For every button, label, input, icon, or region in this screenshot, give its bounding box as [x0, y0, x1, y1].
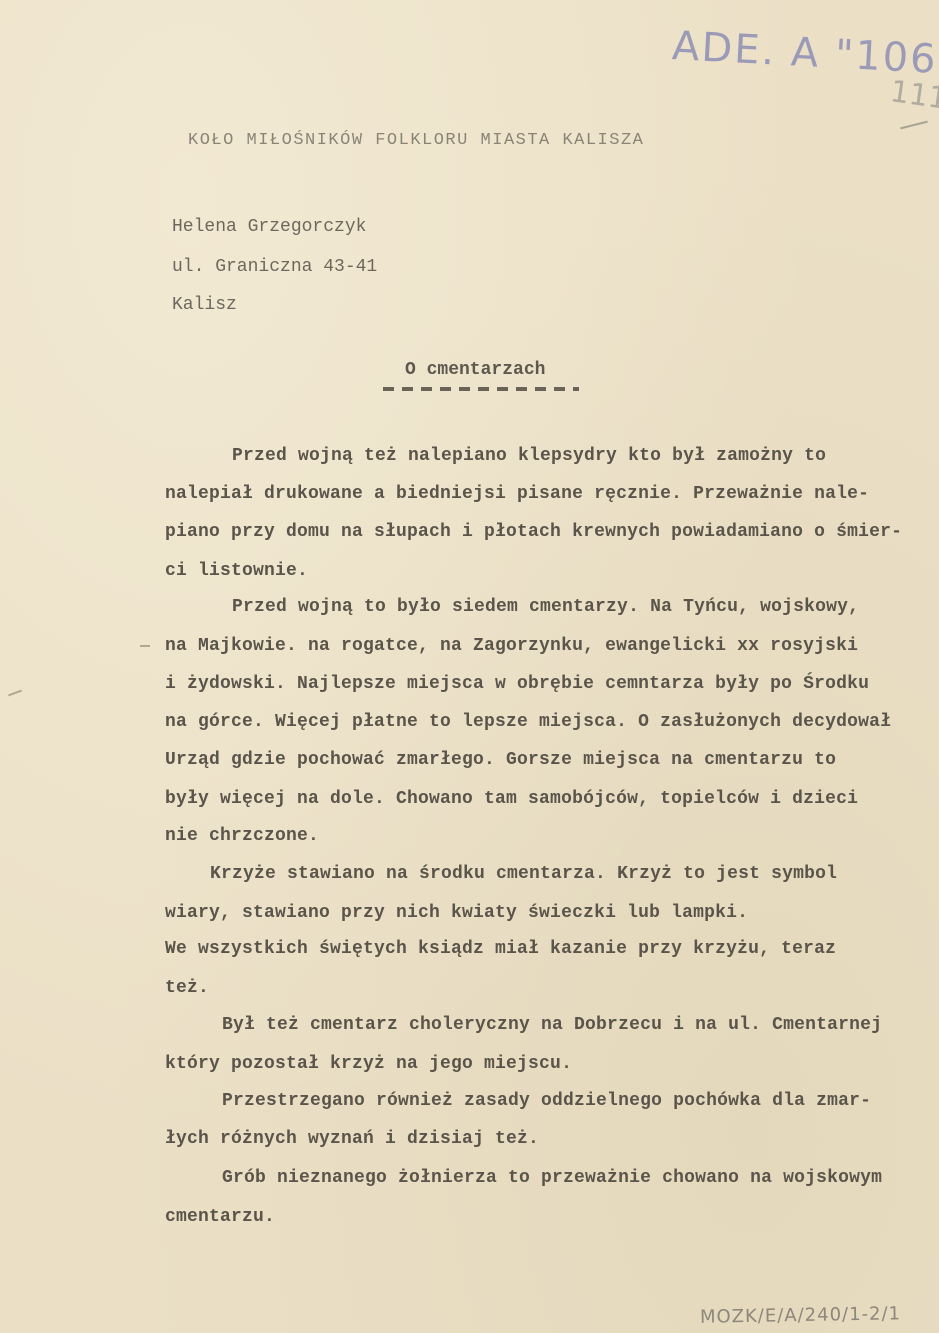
- author-city: Kalisz: [172, 295, 237, 315]
- text-line: łych różnych wyznań i dzisiaj też.: [165, 1129, 539, 1149]
- text-line: Urząd gdzie pochować zmarłego. Gorsze mi…: [165, 750, 836, 770]
- text-line: na górce. Więcej płatne to lepsze miejsc…: [165, 712, 891, 732]
- text-line: Przestrzegano również zasady oddzielnego…: [222, 1091, 871, 1111]
- text-line: który pozostał krzyż na jego miejscu.: [165, 1054, 572, 1074]
- organization-header: KOŁO MIŁOŚNIKÓW FOLKLORU MIASTA KALISZA: [188, 131, 644, 150]
- text-line: cmentarzu.: [165, 1207, 275, 1227]
- text-line: i żydowski. Najlepsze miejsca w obrębie …: [165, 674, 869, 694]
- text-line: piano przy domu na słupach i płotach kre…: [165, 522, 902, 542]
- text-line: Grób nieznanego żołnierza to przeważnie …: [222, 1168, 882, 1188]
- text-line: były więcej na dole. Chowano tam samobój…: [165, 789, 858, 809]
- text-line: na Majkowie. na rogatce, na Zagorzynku, …: [165, 636, 858, 656]
- text-line: nalepiał drukowane a biedniejsi pisane r…: [165, 484, 869, 504]
- text-line: ci listownie.: [165, 561, 308, 581]
- text-line: Krzyże stawiano na środku cmentarza. Krz…: [210, 864, 837, 884]
- author-street: ul. Graniczna 43-41: [172, 257, 377, 277]
- text-line: We wszystkich świętych ksiądz miał kazan…: [165, 939, 836, 959]
- text-line: nie chrzczone.: [165, 826, 319, 846]
- archive-reference: MOZK/E/A/240/1-2/1: [700, 1303, 901, 1328]
- margin-mark: [140, 645, 150, 647]
- document-title: O cmentarzach: [405, 360, 545, 380]
- text-line: Przed wojną to było siedem cmentarzy. Na…: [232, 597, 859, 617]
- text-line: Przed wojną też nalepiano klepsydry kto …: [232, 446, 826, 466]
- text-line: też.: [165, 978, 209, 998]
- author-name: Helena Grzegorczyk: [172, 217, 366, 237]
- text-line: Był też cmentarz choleryczny na Dobrzecu…: [222, 1015, 882, 1035]
- title-underline: [383, 387, 579, 391]
- text-line: wiary, stawiano przy nich kwiaty świeczk…: [165, 903, 748, 923]
